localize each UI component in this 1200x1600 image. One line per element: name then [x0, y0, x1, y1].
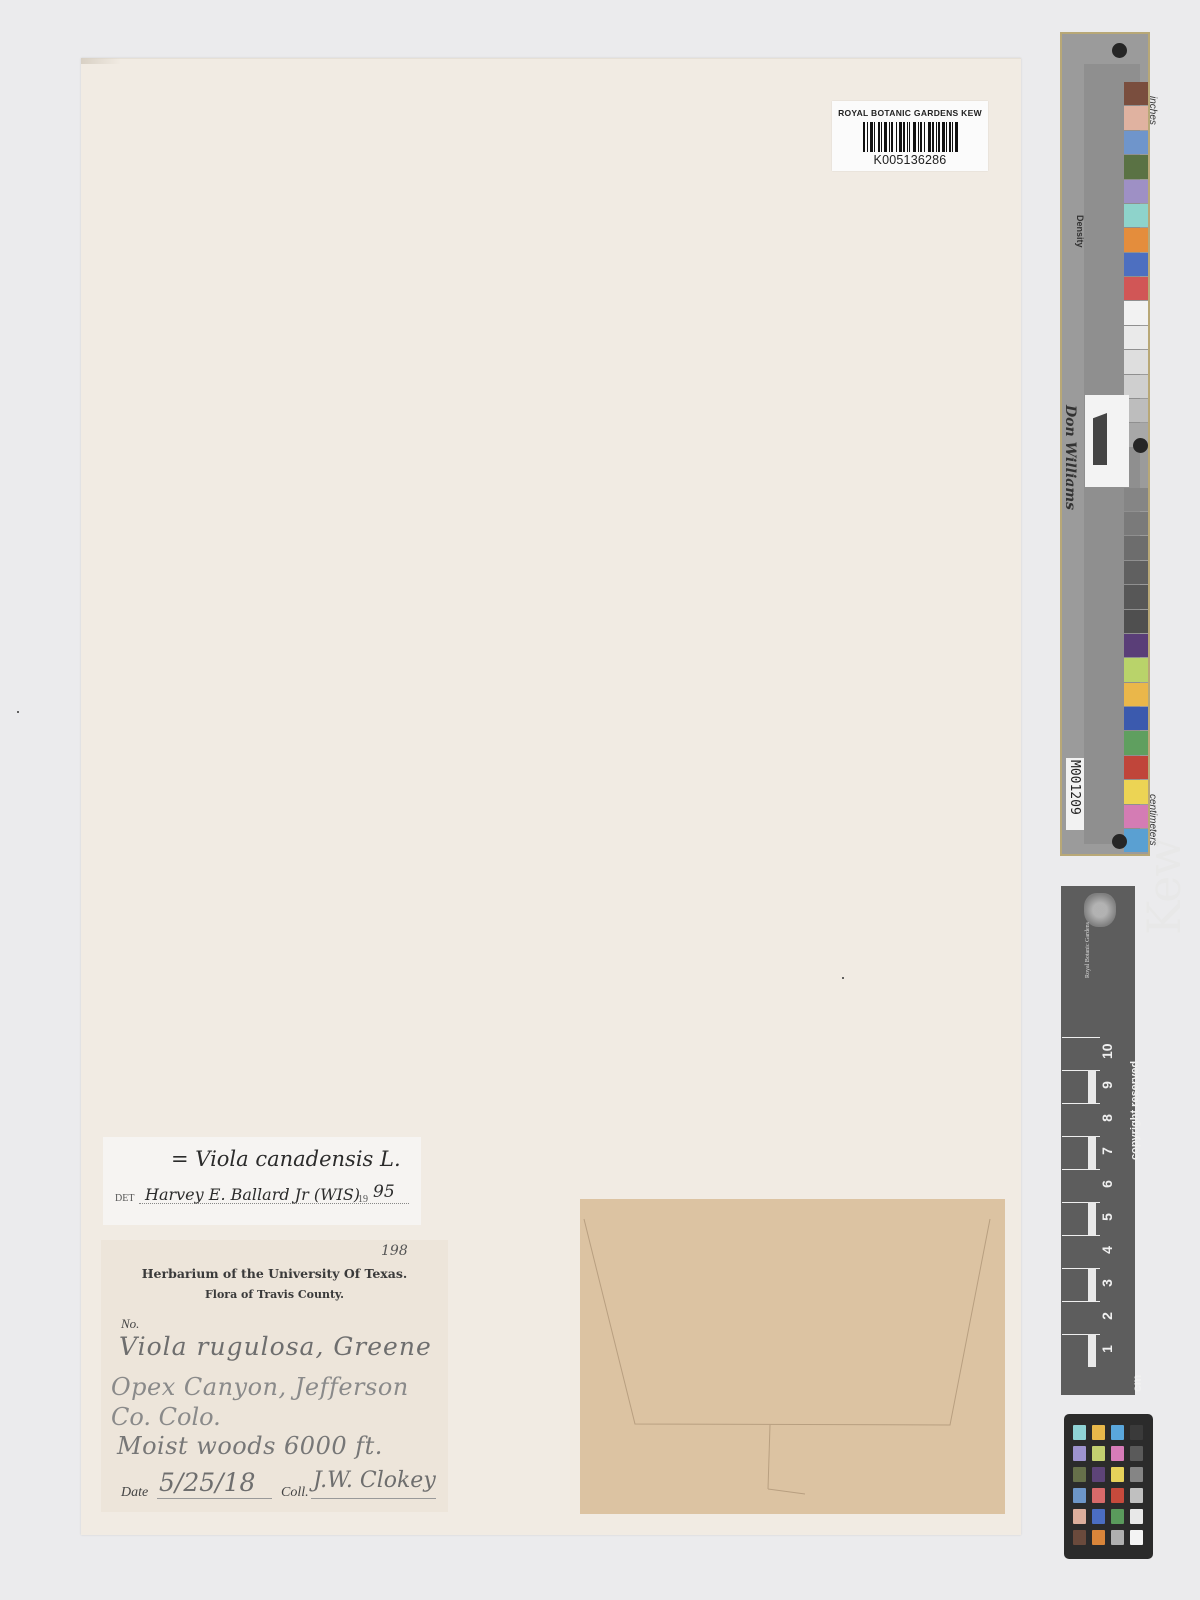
no-label: No.	[121, 1316, 139, 1332]
color-chip	[1092, 1446, 1105, 1461]
kew-subtitle: Royal Botanic Gardens	[1085, 922, 1091, 978]
ruler-id-tag: M001209	[1066, 758, 1084, 830]
color-swatch	[1124, 780, 1148, 803]
sheet-edge-shade	[81, 58, 121, 64]
color-chip	[1111, 1425, 1124, 1440]
locality-line-1: Opex Canyon, Jefferson	[111, 1373, 409, 1401]
scale-number: 10	[1099, 1045, 1115, 1059]
barcode-icon	[846, 122, 974, 152]
color-chip	[1073, 1467, 1086, 1482]
color-swatch	[1124, 634, 1148, 657]
color-chip	[1092, 1488, 1105, 1503]
color-swatch	[1124, 106, 1148, 129]
density-label: Density	[1075, 215, 1085, 248]
color-swatch	[1124, 326, 1148, 349]
color-swatch	[1124, 683, 1148, 706]
ruler-brand: Don Williams	[1062, 405, 1078, 510]
scale-number: 7	[1099, 1144, 1115, 1158]
scale-number: 9	[1099, 1078, 1115, 1092]
locality-line-2: Co. Colo.	[111, 1403, 221, 1431]
color-swatch	[1124, 658, 1148, 681]
determiner: Harvey E. Ballard Jr (WIS)	[145, 1185, 360, 1204]
color-swatch	[1124, 536, 1148, 559]
color-chip	[1130, 1488, 1143, 1503]
color-chip	[1092, 1467, 1105, 1482]
color-chip	[1111, 1467, 1124, 1482]
color-swatch	[1124, 253, 1148, 276]
kew-cm-scale: 12345678910	[1062, 1037, 1100, 1367]
species-name: Viola rugulosa, Greene	[119, 1332, 432, 1361]
color-chip	[1130, 1467, 1143, 1482]
color-chip	[1130, 1509, 1143, 1524]
color-swatch	[1124, 707, 1148, 730]
color-swatch	[1124, 204, 1148, 227]
color-checker-card	[1064, 1414, 1153, 1559]
collector-underline	[311, 1498, 436, 1499]
habitat: Moist woods 6000 ft.	[117, 1432, 383, 1460]
kew-logo: Kew	[1137, 838, 1191, 935]
scale-number: 5	[1099, 1210, 1115, 1224]
ruler-hole-bottom	[1112, 834, 1127, 849]
color-swatch	[1124, 301, 1148, 324]
det-prefix: DET	[115, 1193, 134, 1204]
color-swatch	[1124, 610, 1148, 633]
color-chip	[1092, 1530, 1105, 1545]
color-chip	[1111, 1509, 1124, 1524]
det-year: 95	[373, 1182, 395, 1202]
fragment-envelope[interactable]	[580, 1199, 1005, 1514]
determined-name: = Viola canadensis L.	[171, 1147, 401, 1171]
ruler-id: M001209	[1067, 760, 1082, 815]
color-swatch	[1124, 561, 1148, 584]
color-chip	[1073, 1509, 1086, 1524]
color-swatch	[1124, 585, 1148, 608]
barcode-label: ROYAL BOTANIC GARDENS KEW K005136286	[832, 101, 988, 171]
color-swatch	[1124, 277, 1148, 300]
color-chip	[1092, 1425, 1105, 1440]
label-subheader: Flora of Travis County.	[101, 1288, 448, 1301]
scale-tick	[1062, 1037, 1100, 1038]
det-year-prefix: 19	[358, 1194, 368, 1205]
color-swatch	[1124, 488, 1148, 511]
collector-label: Coll.	[281, 1485, 309, 1501]
collection-label: 198 Herbarium of the University Of Texas…	[101, 1240, 448, 1512]
color-chip	[1130, 1425, 1143, 1440]
scale-segment	[1088, 1202, 1096, 1235]
scale-tick	[1062, 1103, 1100, 1104]
scale-number: 2	[1099, 1309, 1115, 1323]
ruler-unit-inches: inches	[1147, 96, 1158, 125]
kew-copyright: copyright reserved	[1129, 1061, 1141, 1160]
determination-slip: = Viola canadensis L. DET Harvey E. Ball…	[103, 1137, 421, 1225]
color-swatch	[1124, 82, 1148, 105]
scale-tick	[1062, 1235, 1100, 1236]
scale-tick	[1062, 1169, 1100, 1170]
scale-segment	[1088, 1136, 1096, 1169]
kew-unit: cm	[1130, 1375, 1144, 1392]
color-swatch	[1124, 731, 1148, 754]
color-chip	[1073, 1446, 1086, 1461]
color-chip	[1092, 1509, 1105, 1524]
color-chip	[1111, 1530, 1124, 1545]
color-swatch	[1124, 756, 1148, 779]
color-chip	[1111, 1446, 1124, 1461]
ruler-resolution-target	[1085, 395, 1129, 487]
color-swatch	[1124, 180, 1148, 203]
color-chip	[1073, 1425, 1086, 1440]
barcode-number: K005136286	[832, 153, 988, 167]
scale-number: 1	[1099, 1342, 1115, 1356]
scale-number: 4	[1099, 1243, 1115, 1257]
color-swatch	[1124, 512, 1148, 535]
date-label: Date	[121, 1485, 148, 1501]
background-speck	[17, 711, 19, 713]
color-chip	[1073, 1488, 1086, 1503]
color-chip	[1073, 1530, 1086, 1545]
color-chip	[1130, 1530, 1143, 1545]
date-value: 5/25/18	[159, 1468, 255, 1497]
scale-number: 6	[1099, 1177, 1115, 1191]
color-chip	[1130, 1446, 1143, 1461]
scale-segment	[1088, 1334, 1096, 1367]
ruler-hole-top	[1112, 43, 1127, 58]
color-chip	[1111, 1488, 1124, 1503]
color-swatch	[1124, 155, 1148, 178]
scale-segment	[1088, 1268, 1096, 1301]
label-header: Herbarium of the University Of Texas.	[101, 1266, 448, 1281]
ruler-hole-middle	[1133, 438, 1148, 453]
scale-number: 8	[1099, 1111, 1115, 1125]
scale-tick	[1062, 1301, 1100, 1302]
scale-segment	[1088, 1070, 1096, 1103]
institution-name: ROYAL BOTANIC GARDENS KEW	[832, 108, 988, 118]
collector-value: J.W. Clokey	[313, 1468, 436, 1493]
color-swatch	[1124, 350, 1148, 373]
color-swatch	[1124, 131, 1148, 154]
collection-number: 198	[381, 1243, 408, 1259]
scale-number: 3	[1099, 1276, 1115, 1290]
color-swatch	[1124, 228, 1148, 251]
color-swatch	[1124, 805, 1148, 828]
envelope-fold-lines	[580, 1199, 1005, 1514]
sheet-speck	[842, 977, 844, 979]
date-underline	[157, 1498, 272, 1499]
